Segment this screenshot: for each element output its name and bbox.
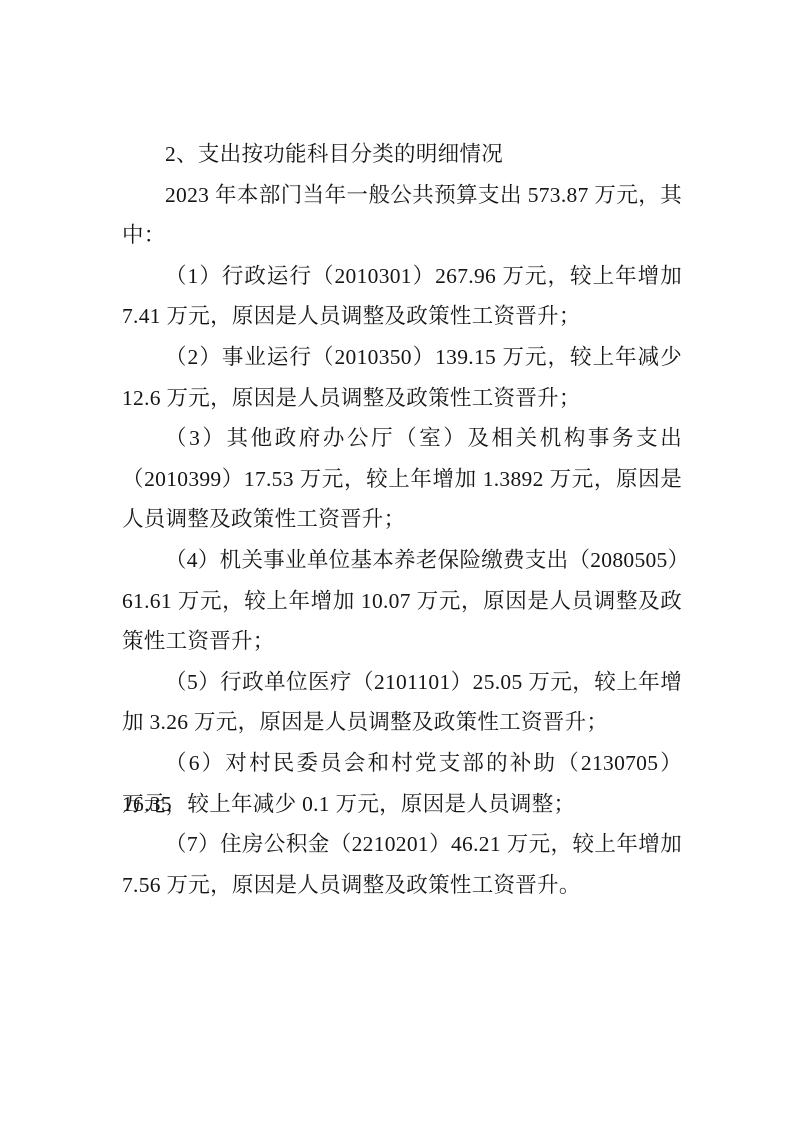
paragraph-item-1-xingzheng-yunxing: （1）行政运行（2010301）267.96 万元，较上年增加7.41 万元，原… xyxy=(122,256,682,337)
paragraph-item-7-zhufang-gongjijin: （7）住房公积金（2210201）46.21 万元，较上年增加7.56 万元，原… xyxy=(122,824,682,905)
text-line: 7.56 万元，原因是人员调整及政策性工资晋升。 xyxy=(122,865,682,906)
text-line: （3）其他政府办公厅（室）及相关机构事务支出 xyxy=(122,418,682,459)
text-line: 加 3.26 万元，原因是人员调整及政策性工资晋升； xyxy=(122,702,682,743)
paragraph-item-3-qita-zhengfu-bangongting: （3）其他政府办公厅（室）及相关机构事务支出（2010399）17.53 万元，… xyxy=(122,418,682,540)
text-line: （2）事业运行（2010350）139.15 万元，较上年减少 xyxy=(122,337,682,378)
paragraph-item-5-xingzheng-danwei-yiliao: （5）行政单位医疗（2101101）25.05 万元，较上年增加 3.26 万元… xyxy=(122,662,682,743)
paragraph-item-2-shiye-yunxing: （2）事业运行（2010350）139.15 万元，较上年减少12.6 万元，原… xyxy=(122,337,682,418)
text-line: 12.6 万元，原因是人员调整及政策性工资晋升； xyxy=(122,378,682,419)
text-line: （4）机关事业单位基本养老保险缴费支出（2080505） xyxy=(122,540,682,581)
text-line: （2010399）17.53 万元，较上年增加 1.3892 万元，原因是 xyxy=(122,459,682,500)
paragraph-item-6-cunmin-weiyuanhui-buzhu: （6）对村民委员会和村党支部的补助（2130705）16.35万元，较上年减少 … xyxy=(122,743,682,824)
text-line: 2023 年本部门当年一般公共预算支出 573.87 万元，其 xyxy=(122,175,682,216)
text-line: 中： xyxy=(122,215,682,256)
text-line: （7）住房公积金（2210201）46.21 万元，较上年增加 xyxy=(122,824,682,865)
text-line: 61.61 万元，较上年增加 10.07 万元，原因是人员调整及政 xyxy=(122,581,682,622)
text-line: 7.41 万元，原因是人员调整及政策性工资晋升； xyxy=(122,296,682,337)
document-page: 2、支出按功能科目分类的明细情况2023 年本部门当年一般公共预算支出 573.… xyxy=(0,0,793,1122)
text-line: 2、支出按功能科目分类的明细情况 xyxy=(122,134,682,175)
text-line: （1）行政运行（2010301）267.96 万元，较上年增加 xyxy=(122,256,682,297)
paragraph-section-heading: 2、支出按功能科目分类的明细情况 xyxy=(122,134,682,175)
text-line: 万元，较上年减少 0.1 万元，原因是人员调整； xyxy=(122,784,682,825)
paragraph-intro: 2023 年本部门当年一般公共预算支出 573.87 万元，其中： xyxy=(122,175,682,256)
text-line: （5）行政单位医疗（2101101）25.05 万元，较上年增 xyxy=(122,662,682,703)
text-line: 策性工资晋升； xyxy=(122,621,682,662)
text-line: 人员调整及政策性工资晋升； xyxy=(122,499,682,540)
paragraph-item-4-yanglao-baoxian: （4）机关事业单位基本养老保险缴费支出（2080505）61.61 万元，较上年… xyxy=(122,540,682,662)
document-body: 2、支出按功能科目分类的明细情况2023 年本部门当年一般公共预算支出 573.… xyxy=(122,134,682,905)
text-line: （6）对村民委员会和村党支部的补助（2130705）16.35 xyxy=(122,743,682,784)
